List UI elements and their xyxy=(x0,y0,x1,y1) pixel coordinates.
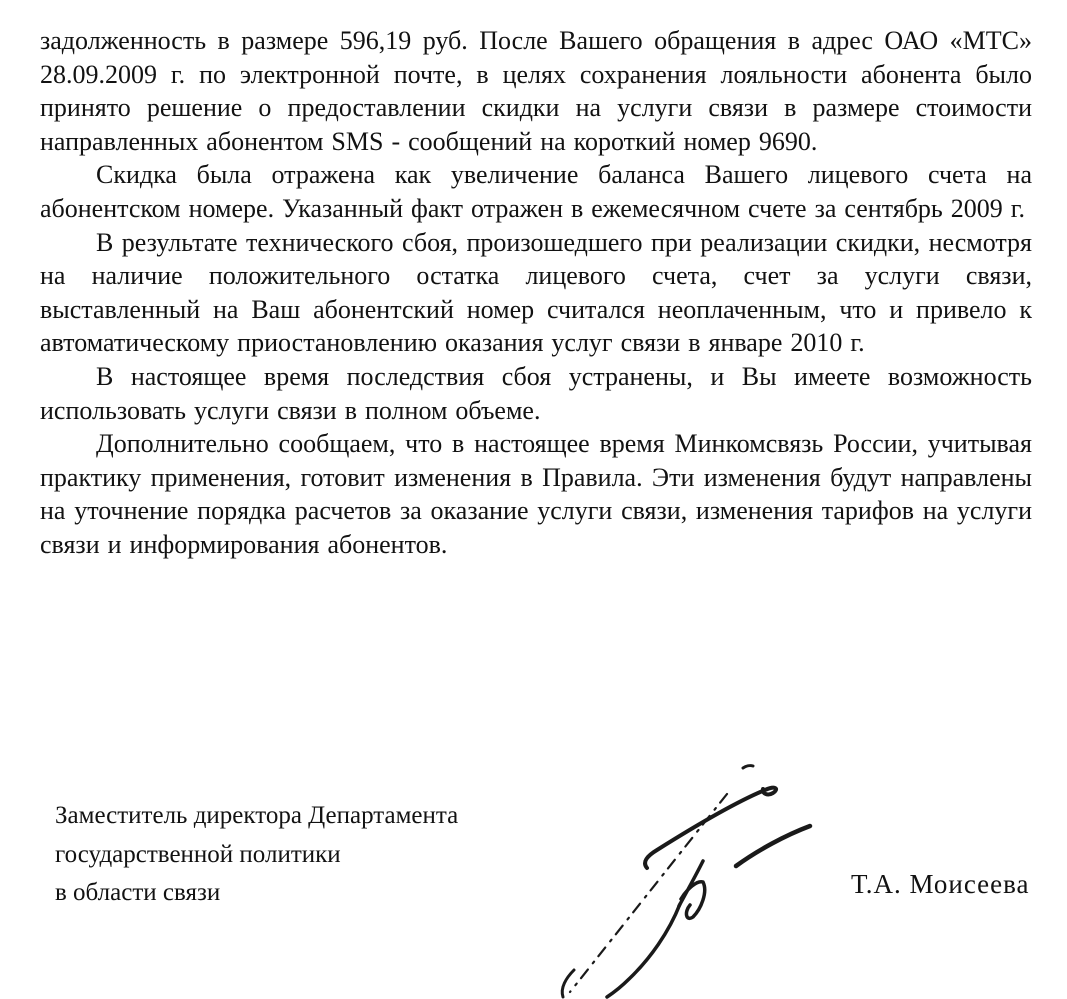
letter-body: задолженность в размере 596,19 руб. Посл… xyxy=(40,24,1032,562)
signature-scrawl-icon xyxy=(530,740,830,999)
signatory-title: Заместитель директора Департамента госуд… xyxy=(55,797,458,913)
signatory-title-line: государственной политики xyxy=(55,836,458,875)
handwritten-signature xyxy=(530,740,830,999)
paragraph: В настоящее время последствия сбоя устра… xyxy=(40,360,1032,427)
paragraph: Скидка была отражена как увеличение бала… xyxy=(40,158,1032,225)
paragraph: задолженность в размере 596,19 руб. Посл… xyxy=(40,24,1032,158)
letter-page: задолженность в размере 596,19 руб. Посл… xyxy=(0,0,1067,999)
paragraph: Дополнительно сообщаем, что в настоящее … xyxy=(40,427,1032,561)
signer-name: Т.А. Моисеева xyxy=(851,869,1029,900)
signatory-title-line: в области связи xyxy=(55,874,458,913)
paragraph: В результате технического сбоя, произоше… xyxy=(40,226,1032,360)
signatory-title-line: Заместитель директора Департамента xyxy=(55,797,458,836)
